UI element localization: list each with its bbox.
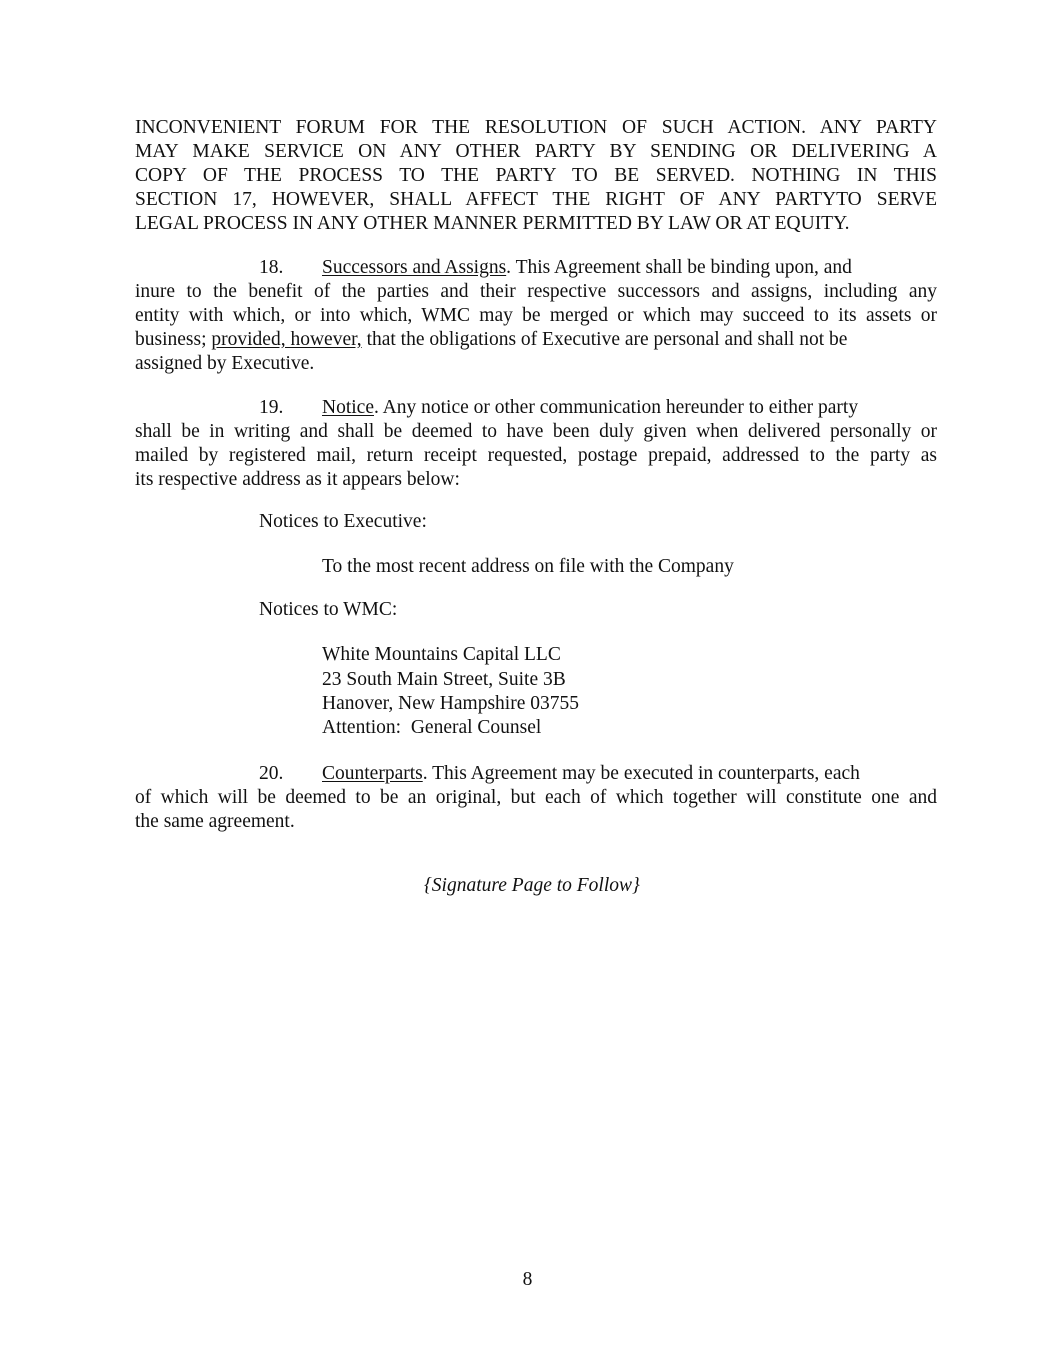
section20-line-2: of which will be deemed to be an origina… [135, 786, 937, 810]
section19-number: 19. [259, 396, 322, 420]
wmc-address-line-4: Attention: General Counsel [322, 716, 541, 740]
document-page: INCONVENIENT FORUM FOR THE RESOLUTION OF… [0, 0, 1055, 1365]
section20-number: 20. [259, 762, 322, 786]
section19-line-2: shall be in writing and shall be deemed … [135, 420, 937, 444]
wmc-address-line-2: 23 South Main Street, Suite 3B [322, 668, 566, 692]
page-number: 8 [0, 1268, 1055, 1292]
notices-executive-label: Notices to Executive: [259, 510, 427, 534]
section18-number: 18. [259, 256, 322, 280]
provided-however-text: provided, however, [211, 329, 361, 350]
section18-first-line: 18.Successors and Assigns. This Agreemen… [259, 256, 852, 280]
section19-heading: Notice [322, 397, 374, 418]
section17-line-3: COPY OF THE PROCESS TO THE PARTY TO BE S… [135, 164, 937, 188]
section19-first-line-text: . Any notice or other communication here… [374, 397, 858, 418]
section17-line-2: MAY MAKE SERVICE ON ANY OTHER PARTY BY S… [135, 140, 937, 164]
section20-line-3: the same agreement. [135, 810, 295, 834]
section18-line-3: entity with which, or into which, WMC ma… [135, 304, 937, 328]
section18-line-4-pre: business; [135, 329, 211, 350]
signature-page-note: {Signature Page to Follow} [424, 874, 640, 898]
notices-wmc-label: Notices to WMC: [259, 598, 397, 622]
section17-line-4: SECTION 17, HOWEVER, SHALL AFFECT THE RI… [135, 188, 937, 212]
section18-first-line-text: . This Agreement shall be binding upon, … [506, 257, 852, 278]
section20-heading: Counterparts [322, 763, 423, 784]
section18-heading: Successors and Assigns [322, 257, 506, 278]
section18-line-4-post: that the obligations of Executive are pe… [362, 329, 848, 350]
notices-executive-value: To the most recent address on file with … [322, 555, 734, 579]
section18-line-4: business; provided, however, that the ob… [135, 328, 847, 352]
section18-line-5: assigned by Executive. [135, 352, 314, 376]
section17-line-1: INCONVENIENT FORUM FOR THE RESOLUTION OF… [135, 116, 937, 140]
section20-first-line: 20.Counterparts. This Agreement may be e… [259, 762, 860, 786]
wmc-address-line-1: White Mountains Capital LLC [322, 643, 561, 667]
wmc-address-line-3: Hanover, New Hampshire 03755 [322, 692, 579, 716]
section19-line-3: mailed by registered mail, return receip… [135, 444, 937, 468]
section20-first-line-text: . This Agreement may be executed in coun… [423, 763, 860, 784]
section19-first-line: 19.Notice. Any notice or other communica… [259, 396, 858, 420]
section18-line-2: inure to the benefit of the parties and … [135, 280, 937, 304]
section19-line-4: its respective address as it appears bel… [135, 468, 460, 492]
section17-line-5: LEGAL PROCESS IN ANY OTHER MANNER PERMIT… [135, 212, 850, 236]
